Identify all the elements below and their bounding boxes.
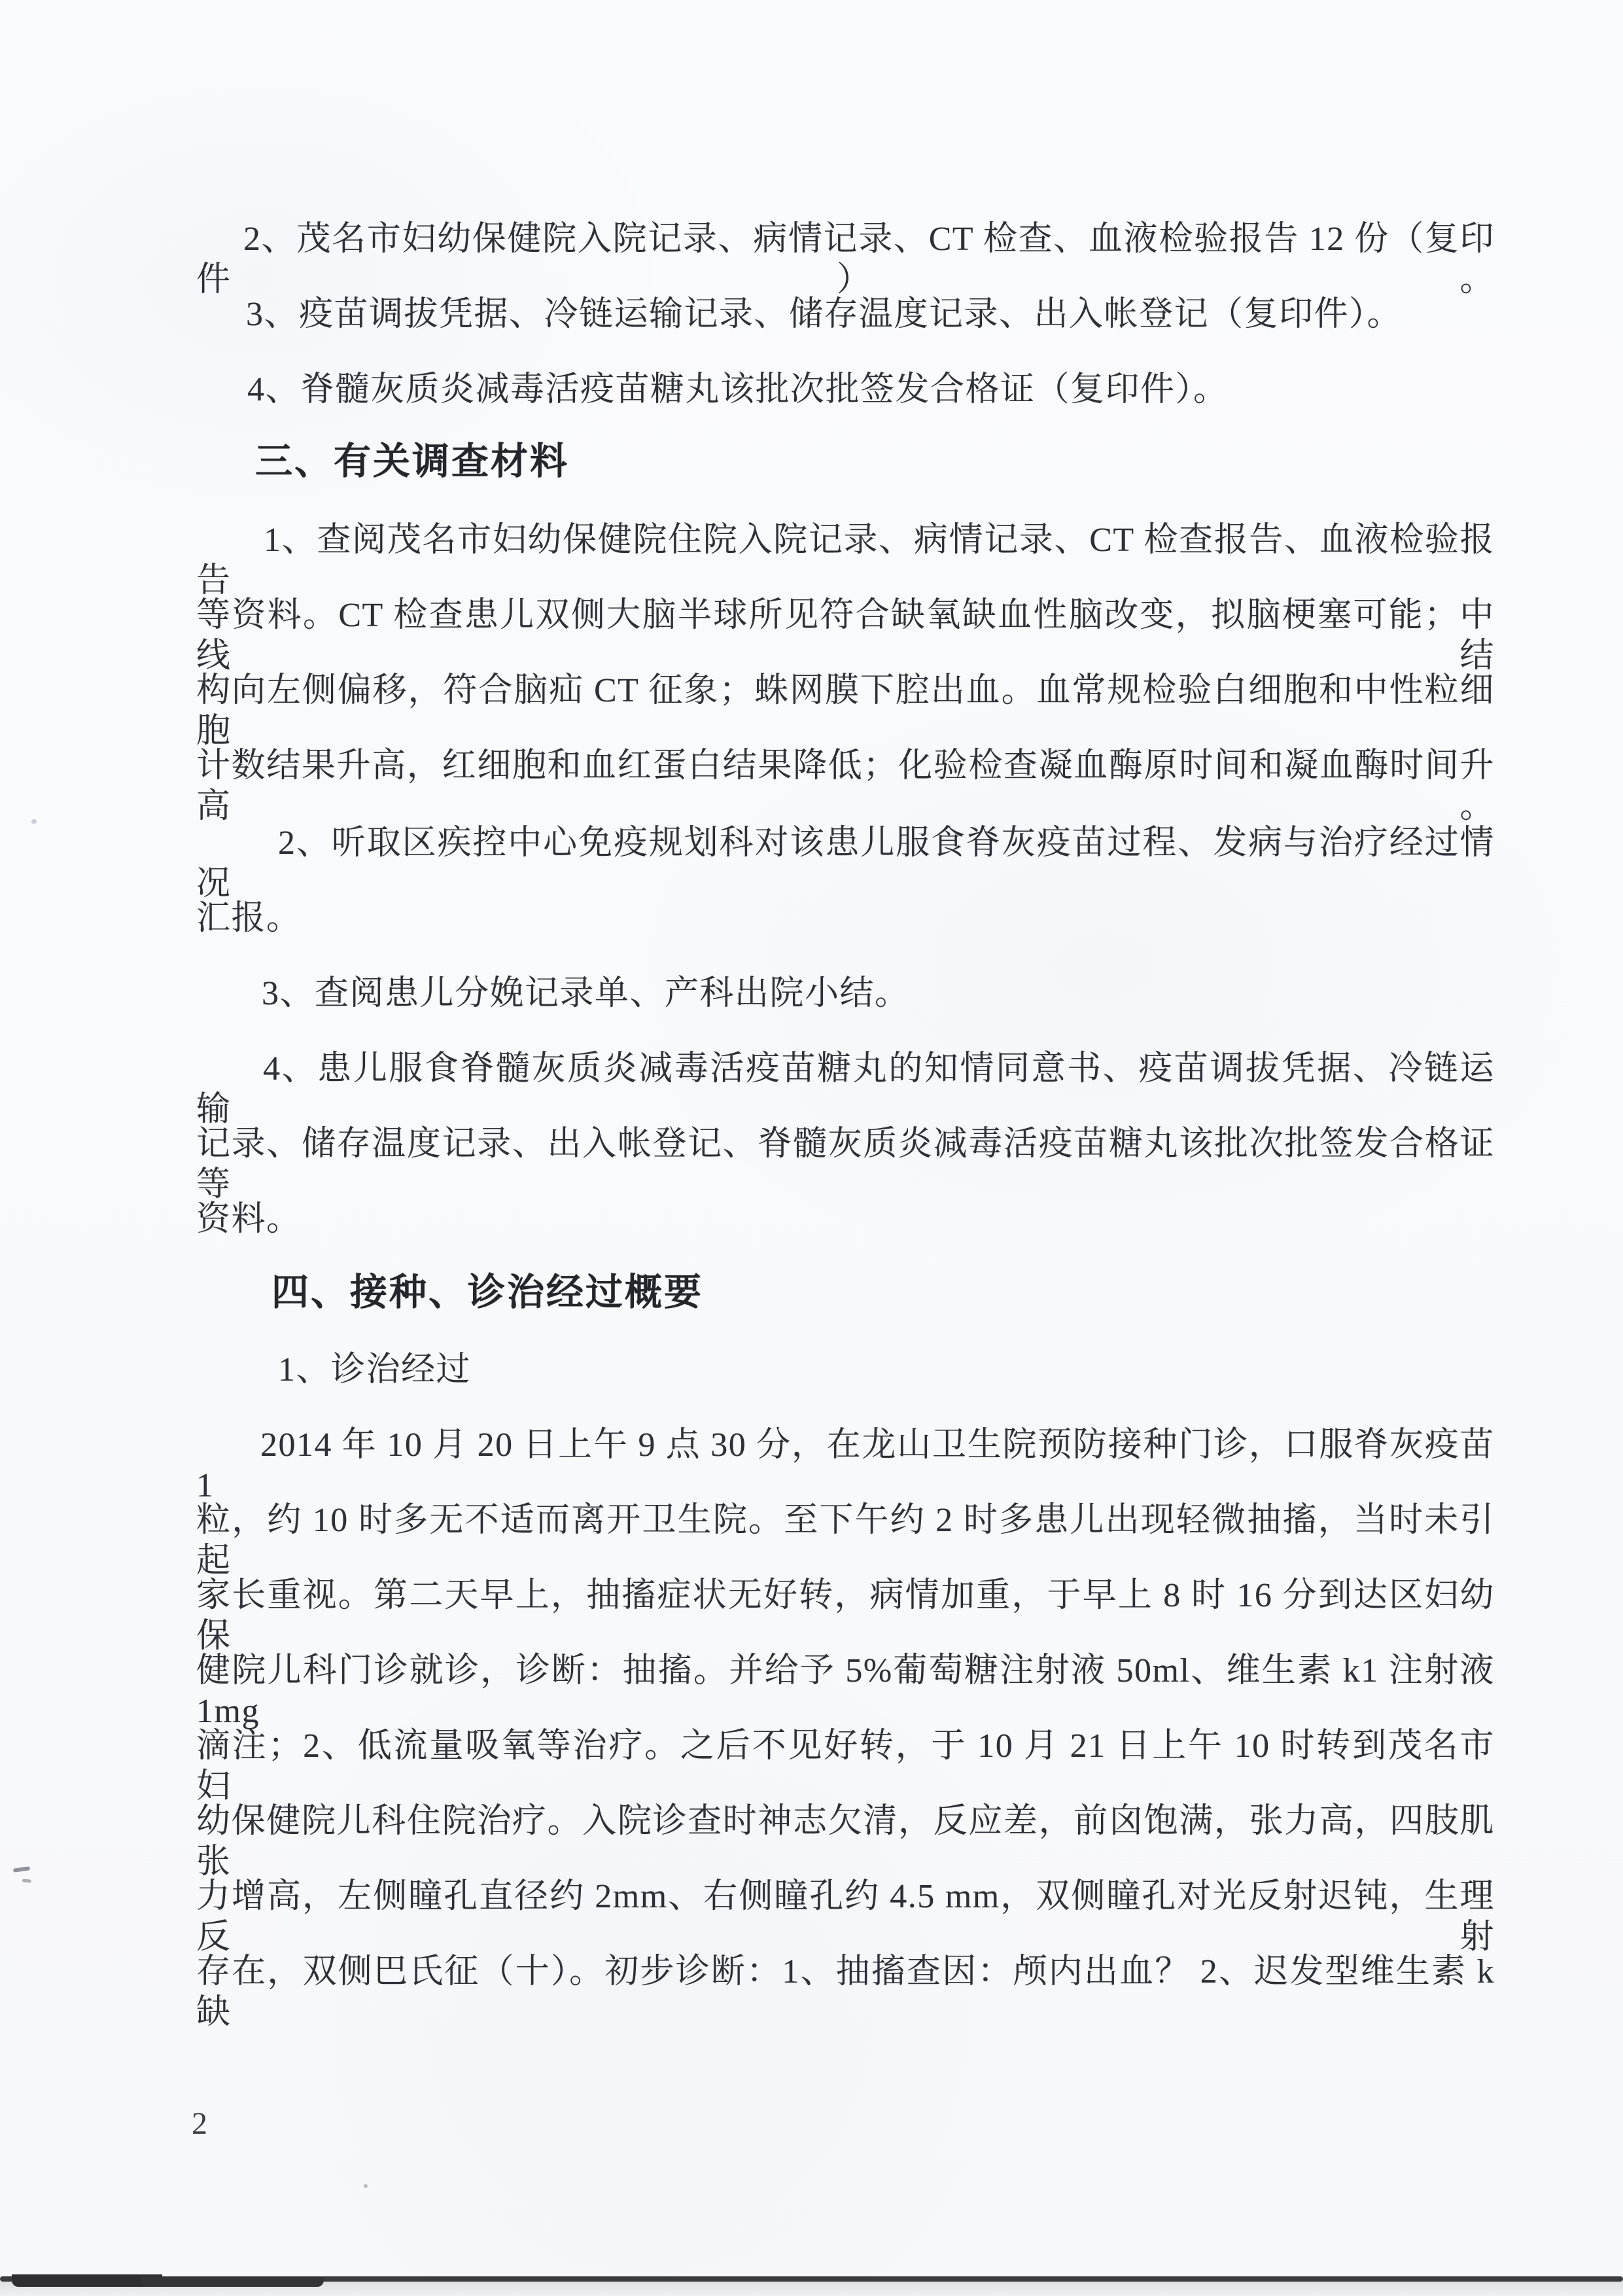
list-item-lot-release-cert: 4、脊髓灰质炎减毒活疫苗糖丸该批次批签发合格证（复印件）。 bbox=[196, 370, 1495, 415]
paragraph-blood-results: 计数结果升高，红细胞和血红蛋白结果降低；化验检查凝血酶原时间和凝血酶时间升高。 bbox=[196, 746, 1495, 792]
section-heading-four: 四、接种、诊治经过概要 bbox=[196, 1272, 1495, 1318]
paragraph-cdc-briefing-cont: 汇报。 bbox=[196, 898, 1495, 944]
paragraph-worsening: 家长重视。第二天早上，抽搐症状无好转，病情加重，于早上 8 时 16 分到达区妇… bbox=[196, 1576, 1495, 1621]
paragraph-pupil-findings: 力增高，左侧瞳孔直径约 2mm、右侧瞳孔约 4.5 mm，双侧瞳孔对光反射迟钝，… bbox=[196, 1877, 1495, 1922]
paragraph-review-records: 1、查阅茂名市妇幼保健院住院入院记录、病情记录、CT 检查报告、血液检验报告 bbox=[196, 520, 1495, 566]
scan-edge-shadow bbox=[141, 2277, 324, 2287]
list-item-hospital-records: 2、茂名市妇幼保健院入院记录、病情记录、CT 检查、血液检验报告 12 份（复印… bbox=[196, 219, 1495, 265]
paragraph-delivery-records: 3、查阅患儿分娩记录单、产科出院小结。 bbox=[196, 974, 1495, 1019]
section-heading-three: 三、有关调查材料 bbox=[196, 441, 1495, 487]
document-body: 2、茂名市妇幼保健院入院记录、病情记录、CT 检查、血液检验报告 12 份（复印… bbox=[196, 0, 1495, 2296]
scan-speck bbox=[364, 2184, 368, 2188]
paragraph-admission-exam: 幼保健院儿科住院治疗。入院诊查时神志欠清，反应差，前囟饱满，张力高，四肢肌张 bbox=[196, 1801, 1495, 1847]
scan-speck bbox=[22, 1879, 31, 1882]
paragraph-initial-diagnosis: 存在，双侧巴氏征（十）。初步诊断：1、抽搐查因：颅内出血？ 2、迟发型维生素 k… bbox=[196, 1952, 1495, 1998]
paragraph-outpatient-treatment: 健院儿科门诊就诊，诊断：抽搐。并给予 5%葡萄糖注射液 50ml、维生素 k1 … bbox=[196, 1651, 1495, 1697]
scan-edge-shadow bbox=[12, 2274, 162, 2287]
scan-speck bbox=[31, 819, 37, 824]
paragraph-consent-documents: 4、患儿服食脊髓灰质炎减毒活疫苗糖丸的知情同意书、疫苗调拔凭据、冷链运输 bbox=[196, 1049, 1495, 1095]
scanned-document-page: 2、茂名市妇幼保健院入院记录、病情记录、CT 检查、血液检验报告 12 份（复印… bbox=[0, 0, 1623, 2296]
paragraph-consent-documents-3: 资料。 bbox=[196, 1199, 1495, 1245]
paragraph-symptom-onset: 粒，约 10 时多无不适而离开卫生院。至下午约 2 时多患儿出现轻微抽搐，当时未… bbox=[196, 1500, 1495, 1546]
list-item-vaccine-vouchers: 3、疫苗调拔凭据、冷链运输记录、储存温度记录、出入帐登记（复印件）。 bbox=[196, 294, 1495, 340]
paragraph-cdc-briefing: 2、听取区疾控中心免疫规划科对该患儿服食脊灰疫苗过程、发病与治疗经过情况 bbox=[196, 823, 1495, 869]
paragraph-ct-findings-cont: 构向左侧偏移，符合脑疝 CT 征象；蛛网膜下腔出血。血常规检验白细胞和中性粒细胞 bbox=[196, 671, 1495, 716]
scan-speck bbox=[13, 1866, 31, 1873]
paragraph-transfer: 滴注；2、低流量吸氧等治疗。之后不见好转，于 10 月 21 日上午 10 时转… bbox=[196, 1726, 1495, 1772]
paragraph-vaccination-event: 2014 年 10 月 20 日上午 9 点 30 分，在龙山卫生院预防接种门诊… bbox=[196, 1425, 1495, 1471]
paragraph-ct-findings: 等资料。CT 检查患儿双侧大脑半球所见符合缺氧缺血性脑改变，拟脑梗塞可能；中线结 bbox=[196, 595, 1495, 641]
subheading-treatment-course: 1、诊治经过 bbox=[196, 1350, 1495, 1396]
page-number: 2 bbox=[192, 2106, 207, 2142]
paragraph-consent-documents-2: 记录、储存温度记录、出入帐登记、脊髓灰质炎减毒活疫苗糖丸该批次批签发合格证等 bbox=[196, 1124, 1495, 1170]
